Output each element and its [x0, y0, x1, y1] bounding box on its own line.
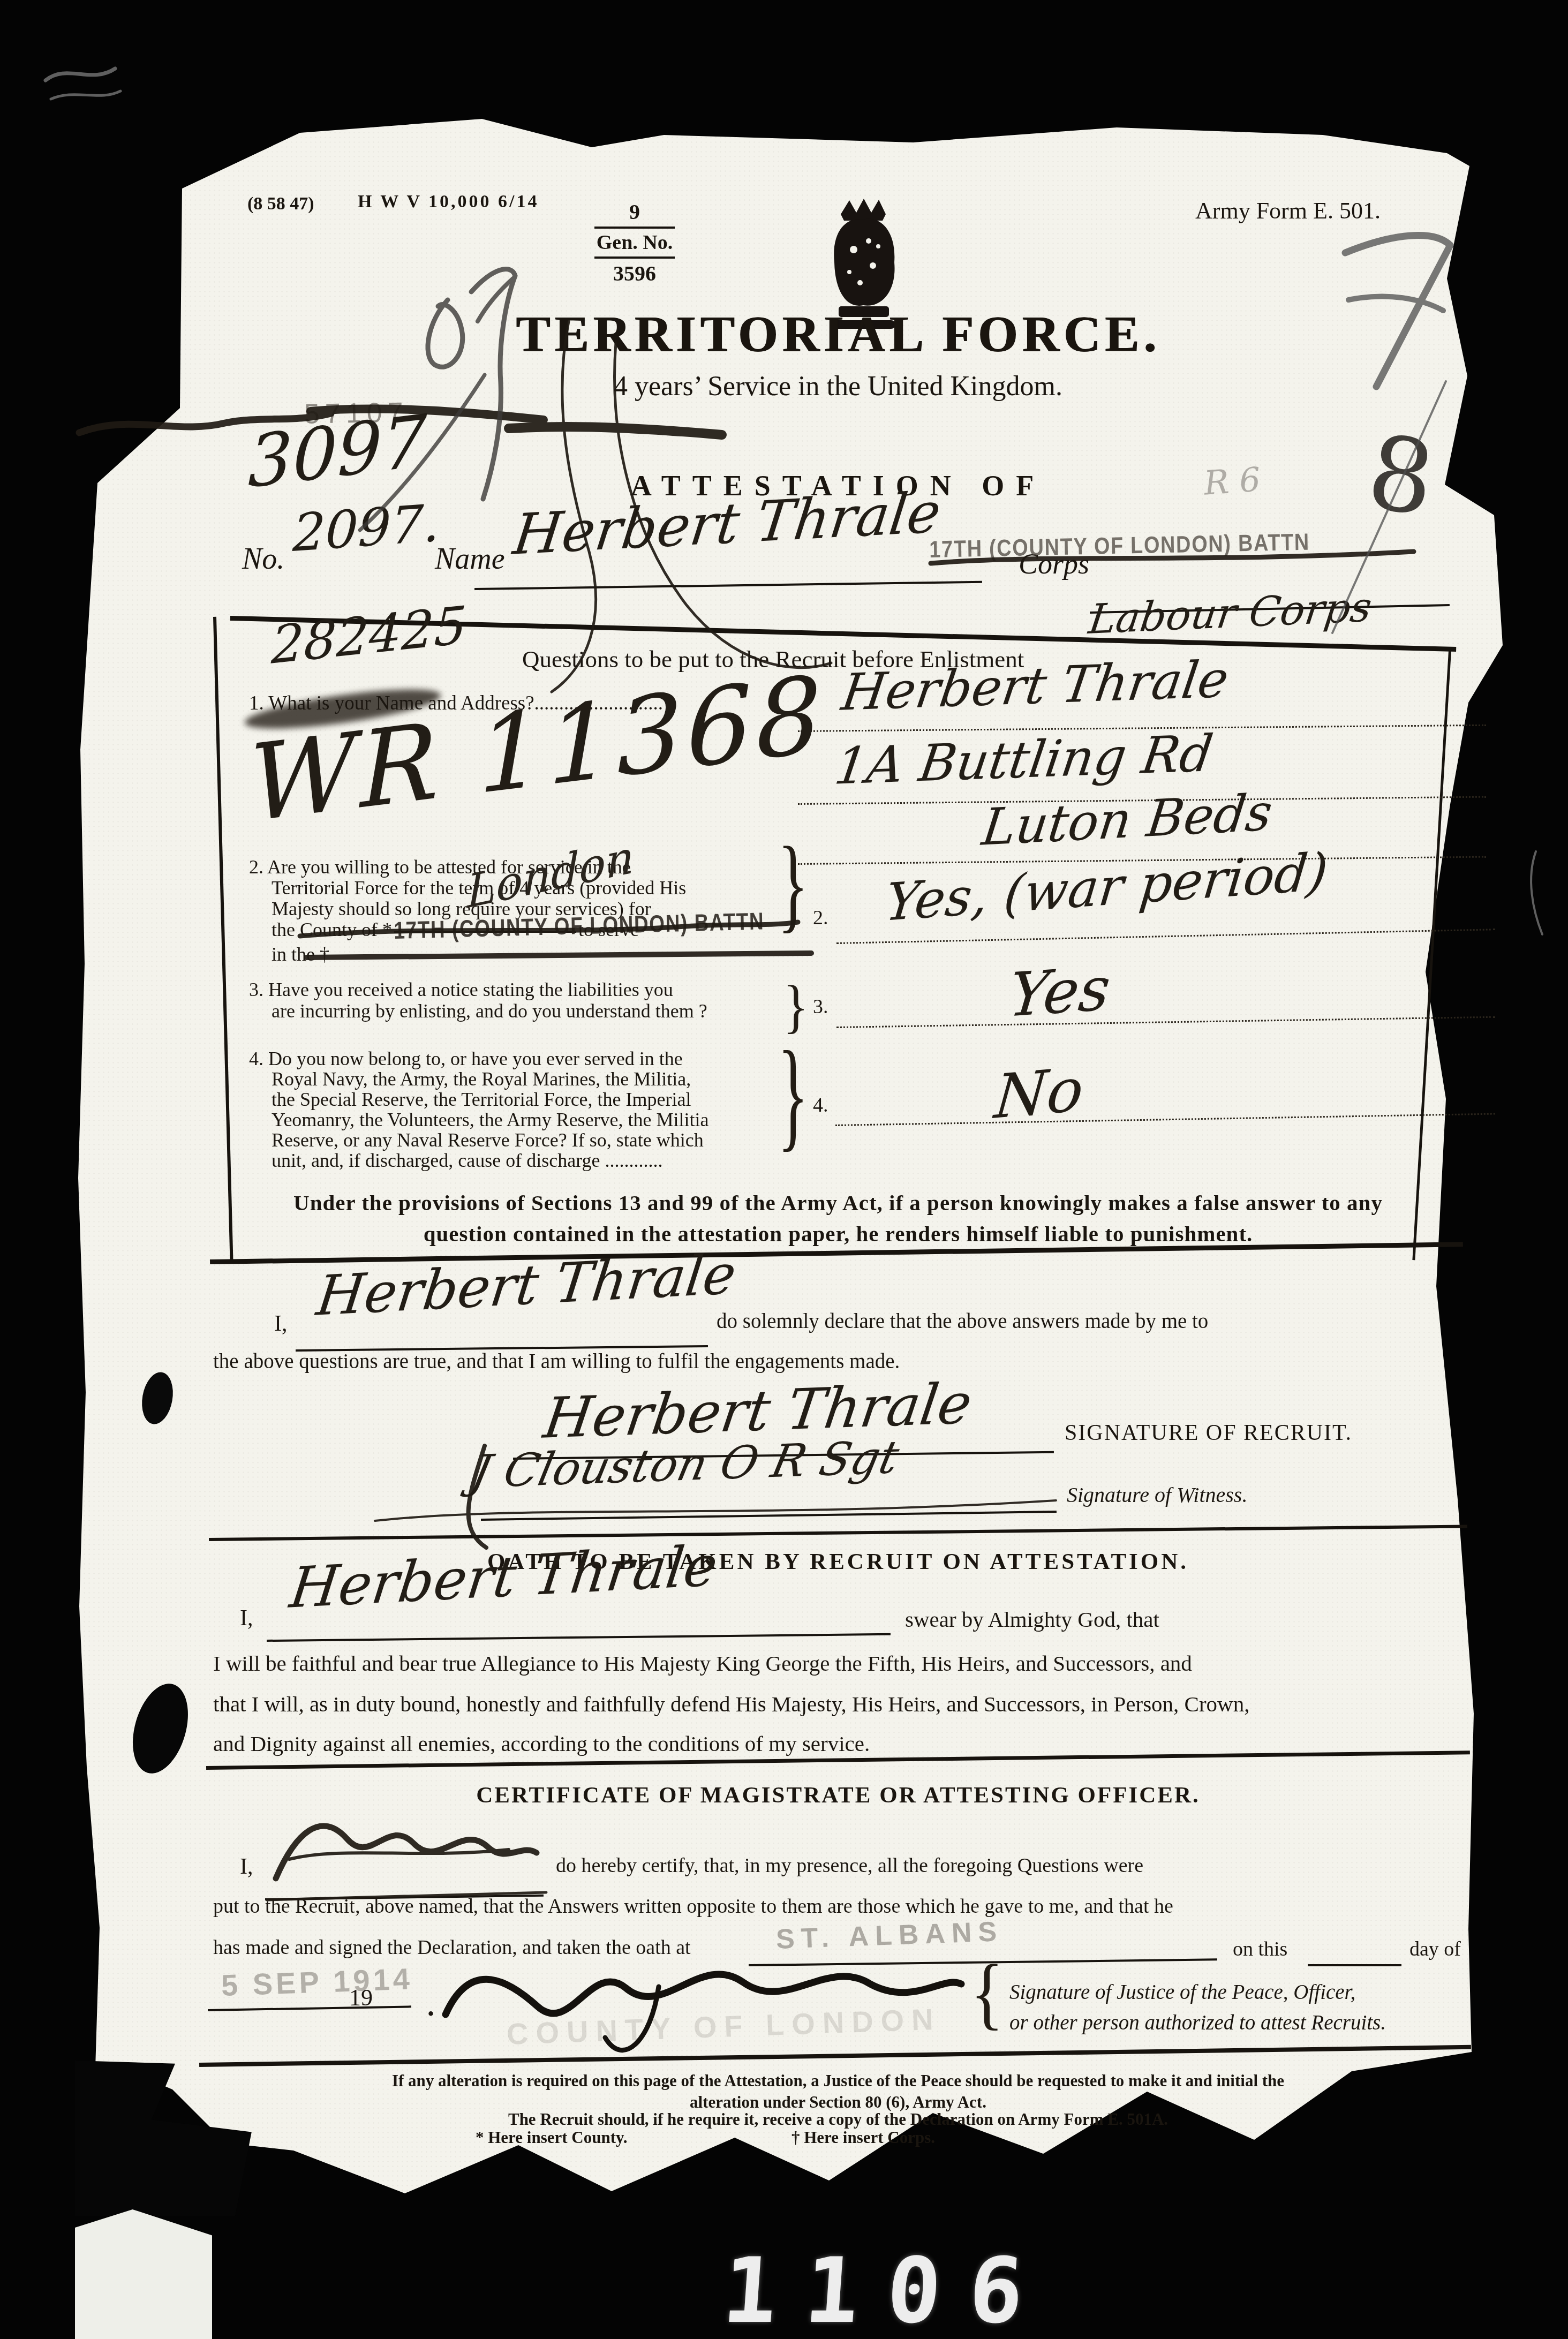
- form-title: TERRITORIAL FORCE.: [206, 304, 1470, 364]
- question-4-line3: the Special Reserve, the Territorial For…: [272, 1089, 785, 1110]
- gen-no-value: 3596: [589, 261, 680, 286]
- gen-no-rule-top: [594, 227, 675, 229]
- scanned-attestation-form: (8 58 47) H W V 10,000 6/14 9 Gen. No. 3…: [0, 0, 1568, 2339]
- declaration-line1: do solemnly declare that the above answe…: [717, 1309, 1208, 1333]
- question-3-line1: 3. Have you received a notice stating th…: [249, 979, 785, 1000]
- frame-scratch-3: [1531, 851, 1542, 934]
- frame-scratch-2: [51, 91, 120, 99]
- footnote-corps: † Here insert Corps.: [791, 2128, 935, 2147]
- answer-4-number: 4.: [813, 1093, 828, 1117]
- declaration-i-label: I,: [274, 1311, 288, 1337]
- pencil-note-r6: R 6: [1203, 459, 1262, 502]
- print-code: (8 58 47): [247, 194, 314, 214]
- recruit-signature-label: SIGNATURE OF RECRUIT.: [1065, 1420, 1352, 1446]
- question-2-brace: }: [778, 823, 809, 945]
- date-stamp: 5 SEP 1914: [221, 1961, 413, 2003]
- footnote-line2: alteration under Section 80 (6), Army Ac…: [206, 2093, 1470, 2112]
- day-of-label: day of: [1409, 1937, 1461, 1961]
- question-2-line5: in the †: [272, 944, 785, 965]
- warning-line1: Under the provisions of Sections 13 and …: [206, 1190, 1470, 1216]
- question-4-brace: }: [778, 1024, 809, 1165]
- certificate-line2: put to the Recruit, above named, that th…: [213, 1895, 1173, 1918]
- question-3-line2: are incurring by enlisting, and do you u…: [272, 1000, 785, 1022]
- answer-3-handwritten: Yes: [1006, 954, 1113, 1031]
- question-3: 3. Have you received a notice stating th…: [249, 979, 785, 1022]
- year-label: 19: [349, 1984, 373, 2011]
- frame-counter: 1106: [719, 2238, 1054, 2339]
- certificate-brace-line1: Signature of Justice of the Peace, Offic…: [1009, 1980, 1355, 2004]
- question-4-line1: 4. Do you now belong to, or have you eve…: [249, 1048, 785, 1069]
- oath-line1: swear by Almighty God, that: [905, 1606, 1159, 1632]
- question-4-line6: unit, and, if discharged, cause of disch…: [272, 1150, 785, 1171]
- oath-line3: that I will, as in duty bound, honestly …: [213, 1691, 1472, 1717]
- no-value-handwritten: 2097.: [292, 493, 441, 563]
- question-4-line5: Reserve, or any Naval Reserve Force? If …: [272, 1130, 785, 1150]
- gen-no-numerator: 9: [589, 199, 680, 224]
- answer-2-number: 2.: [813, 906, 828, 930]
- witness-signature-label: Signature of Witness.: [1067, 1482, 1247, 1507]
- question-2-line4: the County of *: [272, 919, 392, 940]
- on-this-label: on this: [1233, 1937, 1287, 1961]
- under-sheet-corner: [75, 2209, 212, 2339]
- day-blank-line: [1308, 1964, 1401, 1966]
- oath-i-label: I,: [240, 1605, 253, 1631]
- name-label: Name: [435, 542, 505, 576]
- footnote-county: * Here insert County.: [476, 2128, 628, 2147]
- footnote-line1: If any alteration is required on this pa…: [206, 2071, 1470, 2091]
- warning-line2: question contained in the attestation pa…: [206, 1221, 1470, 1247]
- certificate-line1: do hereby certify, that, in my presence,…: [556, 1854, 1143, 1877]
- year-period: .: [427, 1991, 434, 2023]
- gen-no-label: Gen. No.: [589, 231, 680, 254]
- certificate-brace-line2: or other person authorized to attest Rec…: [1009, 2011, 1386, 2035]
- print-info: H W V 10,000 6/14: [358, 192, 539, 212]
- certificate-i-label: I,: [240, 1854, 253, 1880]
- certificate-line3: has made and signed the Declaration, and…: [213, 1936, 691, 1959]
- frame-scratch-1: [46, 69, 115, 80]
- footnote-line3: The Recruit should, if he require it, re…: [206, 2110, 1470, 2129]
- gen-no-block: 9 Gen. No. 3596: [589, 199, 680, 286]
- question-4-line2: Royal Navy, the Army, the Royal Marines,…: [272, 1069, 785, 1089]
- question-4: 4. Do you now belong to, or have you eve…: [249, 1048, 785, 1171]
- no-label: No.: [242, 542, 284, 576]
- army-form-ref: Army Form E. 501.: [1195, 197, 1381, 224]
- certificate-brace: {: [970, 1948, 1004, 2040]
- gen-no-rule-bottom: [594, 256, 675, 259]
- declaration-line2: the above questions are true, and that I…: [213, 1349, 900, 1374]
- answer-4-handwritten: No: [992, 1054, 1086, 1133]
- question-4-line4: Yeomanry, the Volunteers, the Army Reser…: [272, 1110, 785, 1130]
- answer-3-number: 3.: [813, 995, 828, 1018]
- certificate-heading: CERTIFICATE OF MAGISTRATE OR ATTESTING O…: [206, 1782, 1470, 1808]
- oath-line2: I will be faithful and bear true Allegia…: [213, 1650, 1472, 1676]
